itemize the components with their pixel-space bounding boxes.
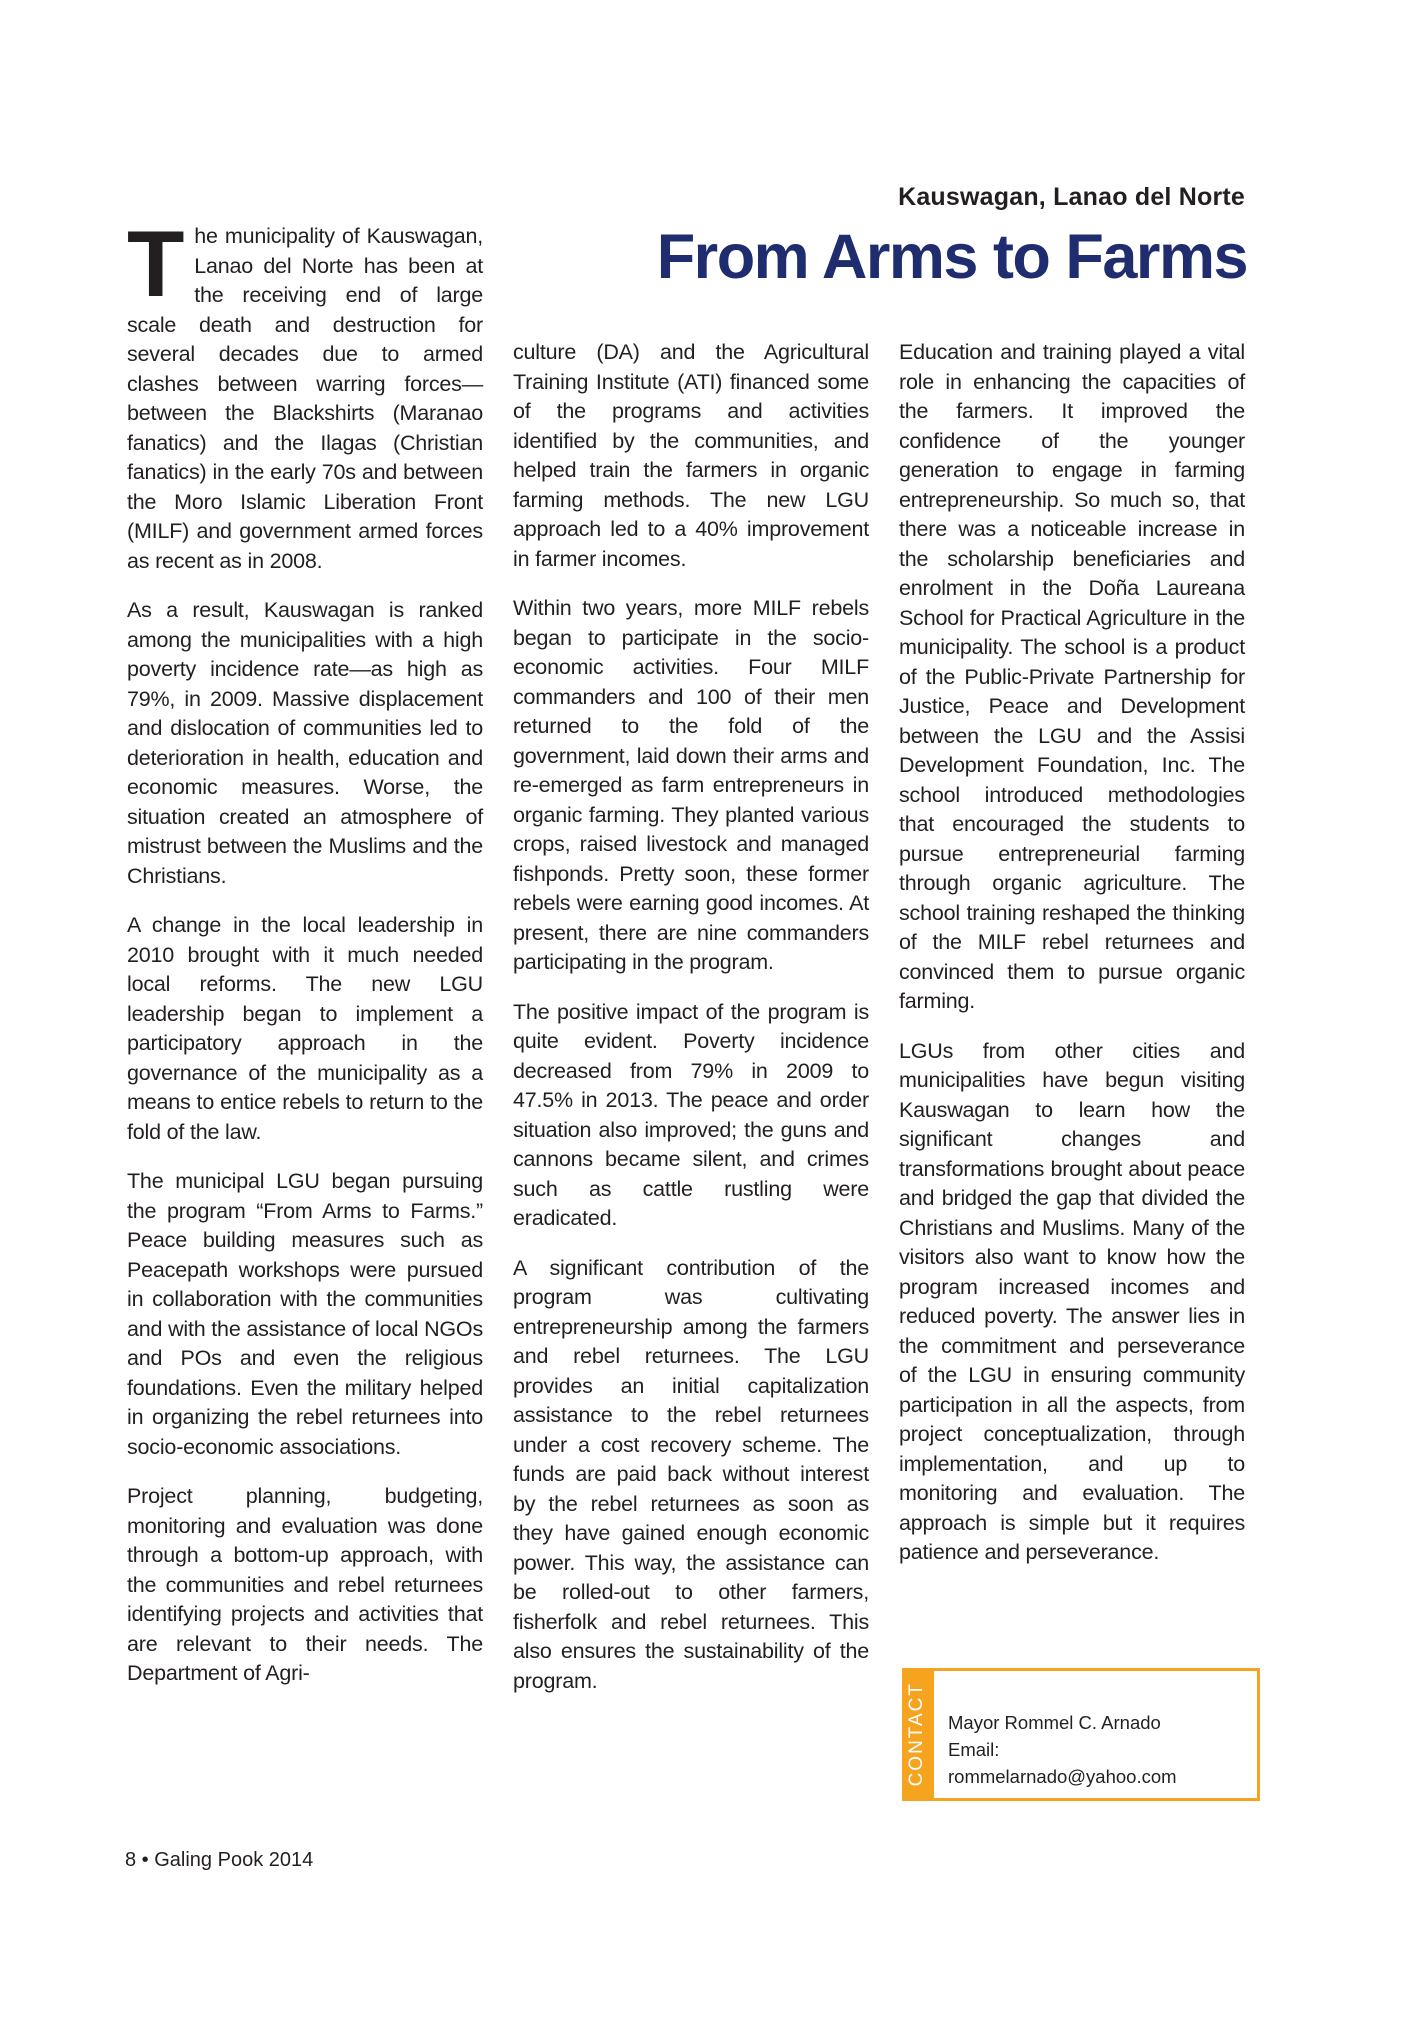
paragraph: A significant contribution of the progra… <box>513 1254 869 1697</box>
contact-tab-label: CONTACT <box>906 1682 928 1786</box>
magazine-page: Kauswagan, Lanao del Norte From Arms to … <box>0 0 1428 2028</box>
email-address: rommelarnado@yahoo.com <box>948 1766 1177 1787</box>
paragraph: Project planning, budgeting, monitoring … <box>127 1482 483 1689</box>
contact-details: Mayor Rommel C. Arnado Email:rommelarnad… <box>931 1668 1260 1801</box>
paragraph: Within two years, more MILF rebels began… <box>513 594 869 978</box>
page-footer: 8 • Galing Pook 2014 <box>125 1849 313 1872</box>
paragraph: LGUs from other cities and municipalitie… <box>899 1037 1245 1568</box>
paragraph: A change in the local leadership in 2010… <box>127 911 483 1147</box>
region-kicker: Kauswagan, Lanao del Norte <box>898 183 1245 212</box>
article-title: From Arms to Farms <box>657 226 1247 289</box>
paragraph: culture (DA) and the Agricultural Traini… <box>513 338 869 574</box>
drop-cap: T <box>127 228 184 300</box>
text-column-3: Education and training played a vital ro… <box>899 338 1245 1568</box>
contact-email-row: Email:rommelarnado@yahoo.com <box>948 1736 1249 1790</box>
text-column-2: culture (DA) and the Agricultural Traini… <box>513 338 869 1696</box>
paragraph: Education and training played a vital ro… <box>899 338 1245 1017</box>
contact-tab: CONTACT <box>902 1668 931 1801</box>
paragraph: The municipal LGU began pursuing the pro… <box>127 1167 483 1462</box>
contact-name: Mayor Rommel C. Arnado <box>948 1709 1249 1736</box>
paragraph: As a result, Kauswagan is ranked among t… <box>127 596 483 891</box>
paragraph: The positive impact of the program is qu… <box>513 998 869 1234</box>
contact-box: CONTACT Mayor Rommel C. Arnado Email:rom… <box>902 1668 1260 1801</box>
paragraph-dropcap: The municipality of Kauswagan, Lanao del… <box>127 222 483 576</box>
email-label: Email: <box>948 1736 1028 1763</box>
text-column-1: The municipality of Kauswagan, Lanao del… <box>127 222 483 1689</box>
